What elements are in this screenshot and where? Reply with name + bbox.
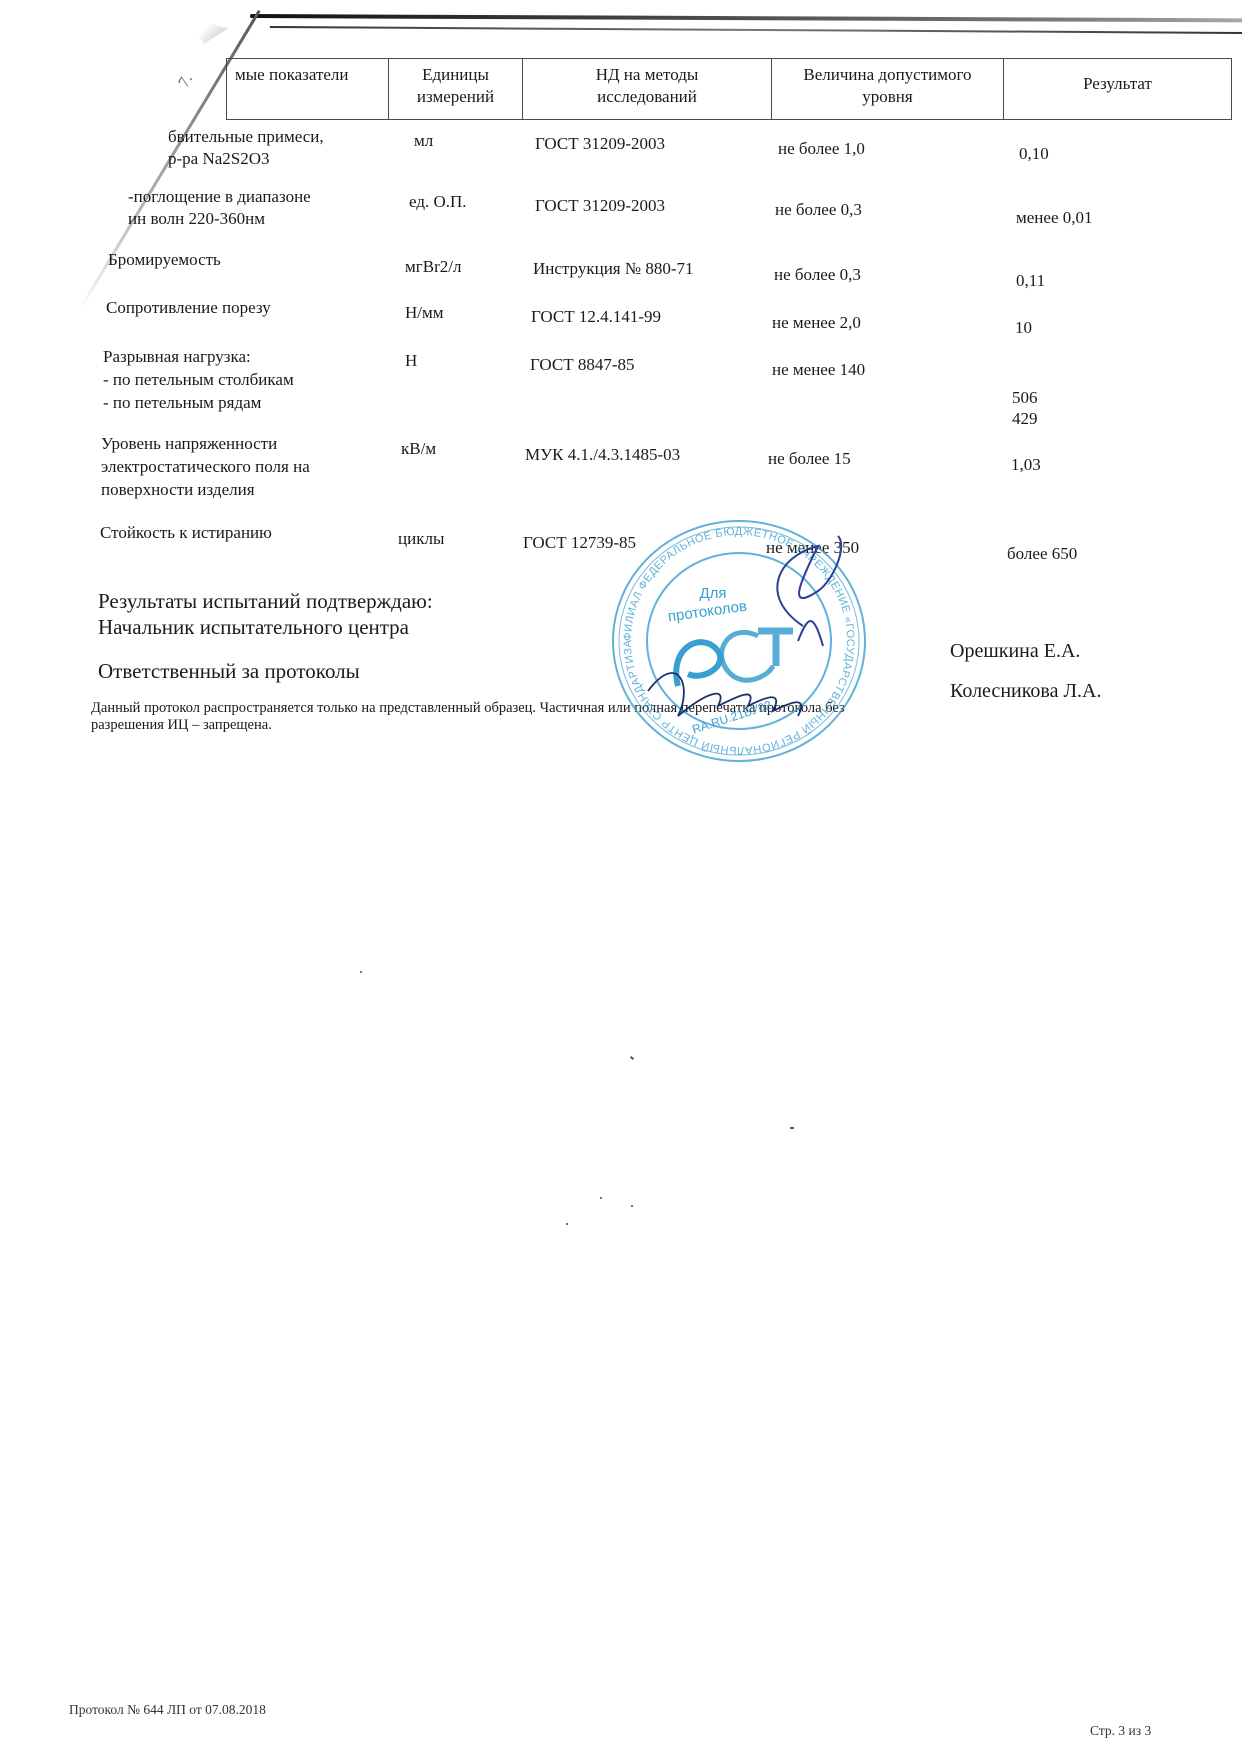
row-4-unit: Н — [405, 350, 417, 372]
header-result: Результат — [1004, 59, 1231, 119]
row-5-result: 1,03 — [1011, 454, 1041, 476]
header-limit: Величина допустимого уровня — [772, 59, 1004, 119]
row-0-limit: не более 1,0 — [778, 138, 865, 160]
row-2-method: Инструкция № 880-71 — [533, 258, 694, 280]
row-5-limit: не более 15 — [768, 448, 851, 470]
row-1-limit: не более 0,3 — [775, 199, 862, 221]
row-6-indicator: Стойкость к истиранию — [100, 522, 272, 544]
row-3-unit: Н/мм — [405, 302, 444, 324]
scan-fold-shadow-secondary — [270, 26, 1242, 34]
row-2-unit: мгBr2/л — [405, 256, 461, 278]
stamp-icon: ФИЛИАЛ ФЕДЕРАЛЬНОЕ БЮДЖЕТНОЕ УЧРЕЖДЕНИЕ … — [608, 516, 870, 766]
row-3-indicator: Сопротивление порезу — [106, 297, 271, 319]
row-1-indicator: -поглощение в диапазоне ин волн 220-360н… — [128, 186, 311, 230]
head-of-center-name: Орешкина Е.А. — [950, 638, 1080, 664]
row-2-limit: не более 0,3 — [774, 264, 861, 286]
folded-corner — [188, 18, 228, 44]
row-4-method: ГОСТ 8847-85 — [530, 354, 635, 376]
row-4-result: 506 429 — [1012, 387, 1038, 429]
row-6-result: более 650 — [1007, 543, 1077, 565]
row-3-result: 10 — [1015, 317, 1032, 339]
row-6-unit: циклы — [398, 528, 444, 550]
row-3-limit: не менее 2,0 — [772, 312, 861, 334]
scan-fold-shadow — [250, 14, 1242, 22]
header-unit: Единицы измерений — [389, 59, 523, 119]
row-4-indicator: Разрывная нагрузка: - по петельным столб… — [103, 345, 294, 414]
confirmation-line: Результаты испытаний подтверждаю: — [98, 588, 433, 614]
row-0-method: ГОСТ 31209-2003 — [535, 133, 665, 155]
results-table-header: мые показатели Единицы измерений НД на м… — [226, 58, 1232, 120]
row-5-unit: кВ/м — [401, 438, 436, 460]
row-5-indicator: Уровень напряженности электростатическог… — [101, 432, 310, 501]
official-stamp: ФИЛИАЛ ФЕДЕРАЛЬНОЕ БЮДЖЕТНОЕ УЧРЕЖДЕНИЕ … — [608, 516, 870, 766]
row-4-limit: не менее 140 — [772, 359, 865, 381]
row-0-indicator: бвительные примеси, р-ра Na2S2O3 — [168, 126, 324, 170]
stamp-code: RA.RU.21БУ02 — [690, 698, 773, 737]
stamp-center-line-1: Для — [699, 585, 726, 602]
fold-artifact-text: 7. — [175, 71, 197, 90]
protocol-number-footer: Протокол № 644 ЛП от 07.08.2018 — [69, 1702, 266, 1718]
row-1-unit: ед. О.П. — [409, 191, 467, 213]
row-2-indicator: Бромируемость — [108, 249, 221, 271]
scan-speck — [790, 1127, 794, 1129]
responsible-name: Колесникова Л.А. — [950, 678, 1101, 704]
responsible-title: Ответственный за протоколы — [98, 658, 360, 684]
row-5-method: МУК 4.1./4.3.1485-03 — [525, 444, 680, 466]
scan-speck — [630, 1056, 634, 1060]
header-method: НД на методы исследований — [523, 59, 772, 119]
row-3-method: ГОСТ 12.4.141-99 — [531, 306, 661, 328]
row-0-unit: мл — [414, 130, 433, 152]
scan-speck — [631, 1205, 633, 1207]
row-1-method: ГОСТ 31209-2003 — [535, 195, 665, 217]
header-indicator: мые показатели — [227, 59, 389, 119]
row-0-result: 0,10 — [1019, 143, 1049, 165]
head-of-center-title: Начальник испытательного центра — [98, 614, 409, 640]
scan-speck — [566, 1223, 568, 1225]
scan-speck — [360, 971, 362, 973]
row-2-result: 0,11 — [1016, 270, 1045, 292]
page-number: Стр. 3 из 3 — [1090, 1723, 1151, 1739]
scan-speck — [600, 1197, 602, 1199]
row-1-result: менее 0,01 — [1016, 207, 1093, 229]
